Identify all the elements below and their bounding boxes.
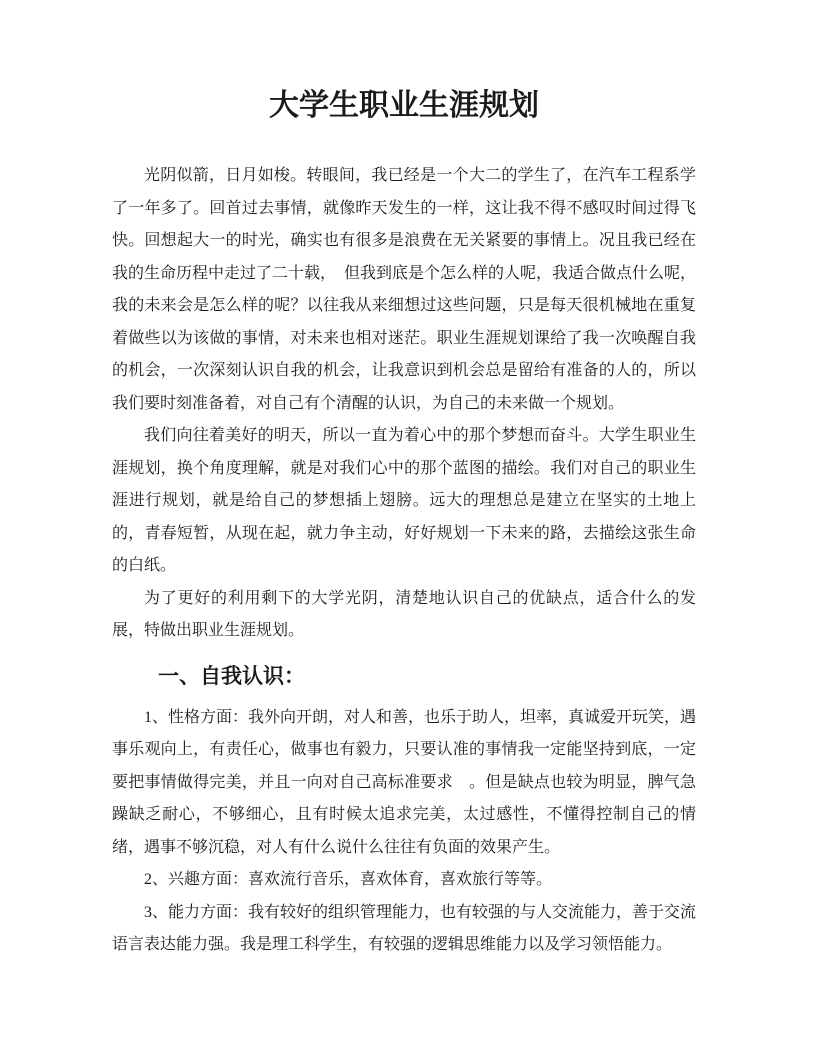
section-item-abilities: 3、能力方面：我有较好的组织管理能力，也有较强的与人交流能力，善于交流语言表达能… bbox=[112, 897, 696, 962]
intro-paragraph-3: 为了更好的利用剩下的大学光阴，清楚地认识自己的优缺点，适合什么的发展，特做出职业… bbox=[112, 583, 696, 648]
section-item-personality: 1、性格方面：我外向开朗，对人和善，也乐于助人，坦率，真诚爱开玩笑，遇事乐观向上… bbox=[112, 702, 696, 865]
intro-paragraph-1: 光阴似箭，日月如梭。转眼间，我已经是一个大二的学生了，在汽车工程系学了一年多了。… bbox=[112, 160, 696, 420]
section-item-interests: 2、兴趣方面：喜欢流行音乐，喜欢体育，喜欢旅行等等。 bbox=[112, 864, 696, 897]
section-heading-self-awareness: 一、自我认识： bbox=[112, 660, 696, 694]
document-title: 大学生职业生涯规划 bbox=[112, 84, 696, 128]
intro-paragraph-2: 我们向往着美好的明天，所以一直为着心中的那个梦想而奋斗。大学生职业生涯规划，换个… bbox=[112, 420, 696, 583]
document-page: 大学生职业生涯规划 光阴似箭，日月如梭。转眼间，我已经是一个大二的学生了，在汽车… bbox=[0, 0, 816, 1056]
